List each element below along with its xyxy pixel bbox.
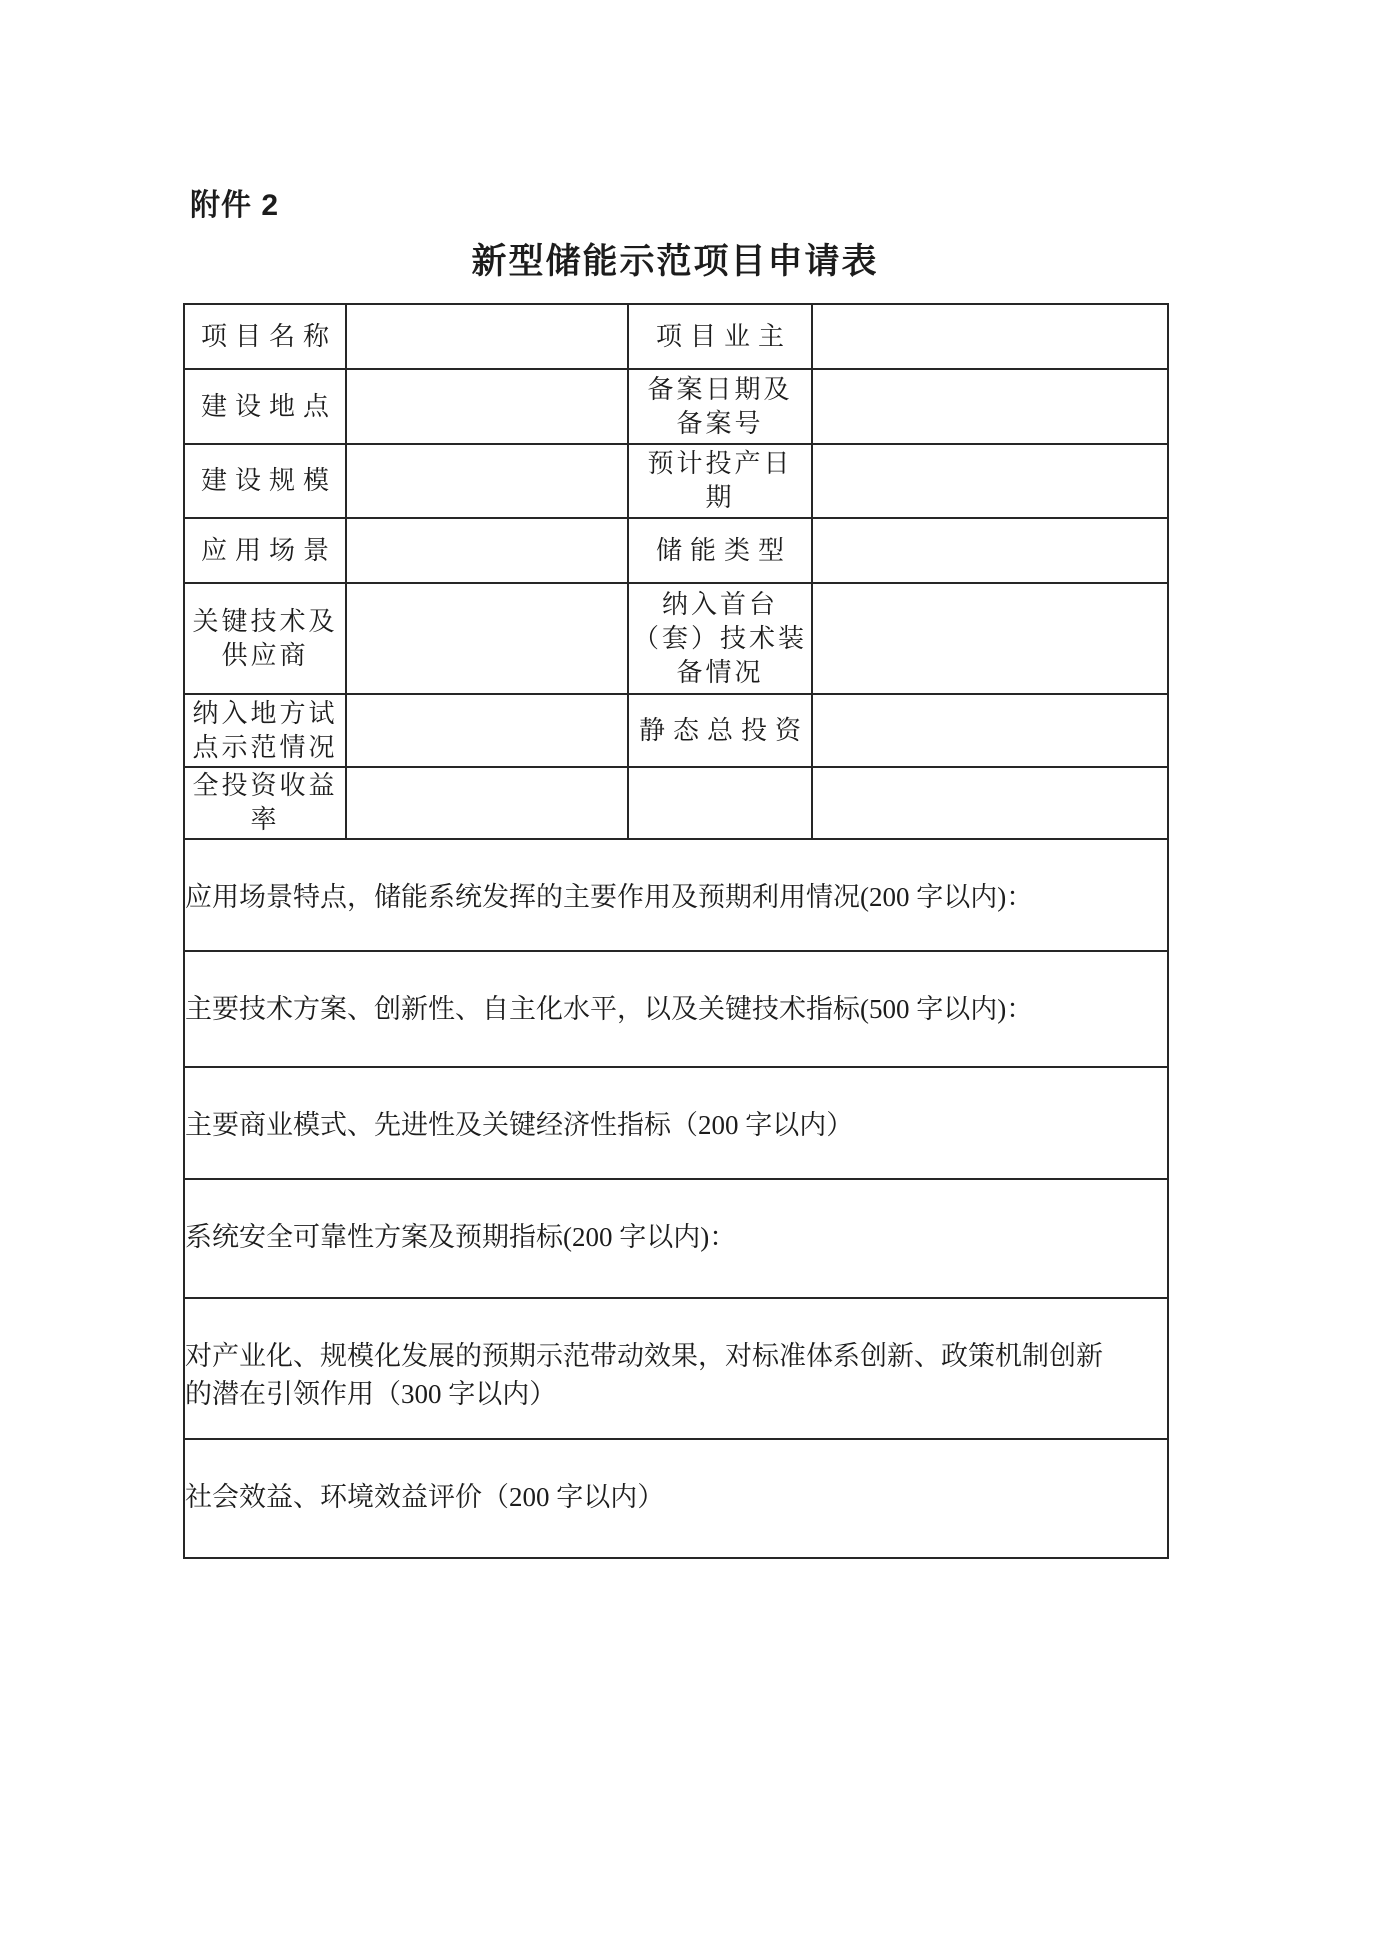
field-key-technology-supplier[interactable]: [346, 583, 628, 694]
section-scenario-features-prompt: 应用场景特点，储能系统发挥的主要作用及预期利用情况(200 字以内)：: [185, 882, 1033, 912]
section-industrialization-effect-prompt: 对产业化、规模化发展的预期示范带动效果，对标准体系创新、政策机制创新 的潜在引领…: [185, 1341, 1103, 1409]
label-project-name: 项目名称: [184, 304, 346, 369]
label-construction-site: 建设地点: [184, 369, 346, 444]
row-local-pilot: 纳入地方试 点示范情况 静态总投资: [184, 694, 1168, 767]
document-page: 附件 2 新型储能示范项目申请表 项目名称 项目业主 建设地点 备案日期及 备案…: [0, 0, 1376, 1949]
section-scenario-features: 应用场景特点，储能系统发挥的主要作用及预期利用情况(200 字以内)：: [184, 839, 1168, 951]
field-project-owner[interactable]: [812, 304, 1168, 369]
field-local-pilot-status[interactable]: [346, 694, 628, 767]
label-construction-scale: 建设规模: [184, 444, 346, 518]
row-application-scenario: 应用场景 储能类型: [184, 518, 1168, 583]
section-technical-plan-cell[interactable]: 主要技术方案、创新性、自主化水平，以及关键技术指标(500 字以内)：: [184, 951, 1168, 1067]
label-application-scenario: 应用场景: [184, 518, 346, 583]
field-project-name[interactable]: [346, 304, 628, 369]
field-storage-type[interactable]: [812, 518, 1168, 583]
label-expected-operation-date: 预计投产日 期: [628, 444, 812, 518]
label-first-set-equipment: 纳入首台 （套）技术装 备情况: [628, 583, 812, 694]
field-first-set-equipment[interactable]: [812, 583, 1168, 694]
field-static-total-investment[interactable]: [812, 694, 1168, 767]
section-industrialization-effect: 对产业化、规模化发展的预期示范带动效果，对标准体系创新、政策机制创新 的潜在引领…: [184, 1298, 1168, 1439]
row-return-rate: 全投资收益 率: [184, 767, 1168, 839]
label-filing-date-number: 备案日期及 备案号: [628, 369, 812, 444]
row-project-name: 项目名称 项目业主: [184, 304, 1168, 369]
field-construction-scale[interactable]: [346, 444, 628, 518]
field-expected-operation-date[interactable]: [812, 444, 1168, 518]
section-social-environmental-benefit: 社会效益、环境效益评价（200 字以内）: [184, 1439, 1168, 1558]
section-social-environmental-benefit-prompt: 社会效益、环境效益评价（200 字以内）: [185, 1482, 664, 1512]
row-construction-scale: 建设规模 预计投产日 期: [184, 444, 1168, 518]
label-local-pilot-status: 纳入地方试 点示范情况: [184, 694, 346, 767]
field-application-scenario[interactable]: [346, 518, 628, 583]
section-scenario-features-cell[interactable]: 应用场景特点，储能系统发挥的主要作用及预期利用情况(200 字以内)：: [184, 839, 1168, 951]
label-key-technology-supplier: 关键技术及 供应商: [184, 583, 346, 694]
section-technical-plan-prompt: 主要技术方案、创新性、自主化水平，以及关键技术指标(500 字以内)：: [185, 994, 1033, 1024]
section-business-model: 主要商业模式、先进性及关键经济性指标（200 字以内）: [184, 1067, 1168, 1179]
section-business-model-prompt: 主要商业模式、先进性及关键经济性指标（200 字以内）: [185, 1110, 853, 1140]
label-storage-type: 储能类型: [628, 518, 812, 583]
field-empty-cell[interactable]: [812, 767, 1168, 839]
row-construction-site: 建设地点 备案日期及 备案号: [184, 369, 1168, 444]
label-total-investment-return-rate: 全投资收益 率: [184, 767, 346, 839]
application-form-table: 项目名称 项目业主 建设地点 备案日期及 备案号 建设规模 预计投产日 期 应用…: [183, 303, 1169, 1559]
field-total-investment-return-rate[interactable]: [346, 767, 628, 839]
form-title: 新型储能示范项目申请表: [183, 234, 1167, 284]
section-industrialization-effect-cell[interactable]: 对产业化、规模化发展的预期示范带动效果，对标准体系创新、政策机制创新 的潜在引领…: [184, 1298, 1168, 1439]
row-key-technology: 关键技术及 供应商 纳入首台 （套）技术装 备情况: [184, 583, 1168, 694]
label-empty-cell: [628, 767, 812, 839]
label-project-owner: 项目业主: [628, 304, 812, 369]
section-safety-reliability-prompt: 系统安全可靠性方案及预期指标(200 字以内)：: [185, 1222, 736, 1252]
section-safety-reliability-cell[interactable]: 系统安全可靠性方案及预期指标(200 字以内)：: [184, 1179, 1168, 1298]
label-static-total-investment: 静态总投资: [628, 694, 812, 767]
section-safety-reliability: 系统安全可靠性方案及预期指标(200 字以内)：: [184, 1179, 1168, 1298]
field-filing-date-number[interactable]: [812, 369, 1168, 444]
section-business-model-cell[interactable]: 主要商业模式、先进性及关键经济性指标（200 字以内）: [184, 1067, 1168, 1179]
section-social-environmental-benefit-cell[interactable]: 社会效益、环境效益评价（200 字以内）: [184, 1439, 1168, 1558]
section-technical-plan: 主要技术方案、创新性、自主化水平，以及关键技术指标(500 字以内)：: [184, 951, 1168, 1067]
field-construction-site[interactable]: [346, 369, 628, 444]
attachment-label: 附件 2: [190, 180, 279, 224]
